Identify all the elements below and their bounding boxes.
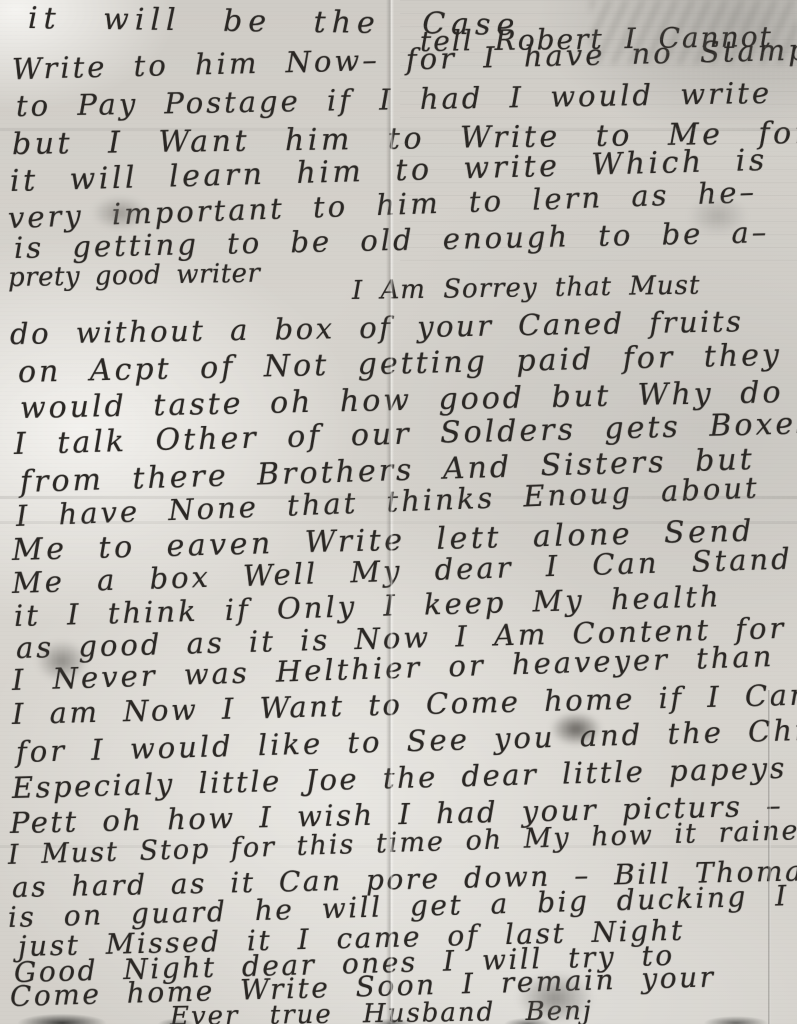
letter-page: it will be the Case tell Robert I Cannot… xyxy=(0,0,797,1024)
letter-line: to Pay Postage if I had I would write xyxy=(16,79,773,121)
letter-closing-signature: Ever true Husband Benj xyxy=(170,998,593,1024)
letter-line: I Am Sorrey that Must xyxy=(352,273,701,304)
letter-line: prety good writer xyxy=(8,261,261,291)
